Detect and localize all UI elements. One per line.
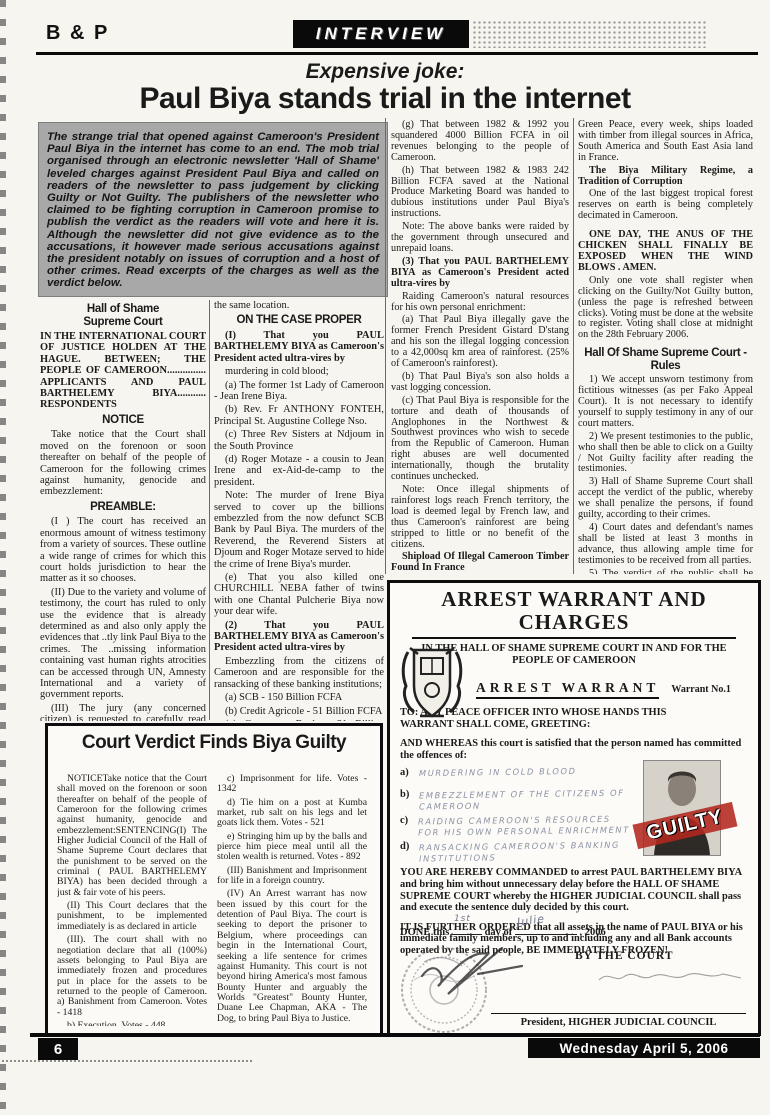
shout-paragraph: ONE DAY, THE ANUS OF THE CHICKEN SHALL F… <box>578 230 753 274</box>
body-paragraph: (b) Rev. Fr ANTHONY FONTEH, Principal St… <box>214 404 384 427</box>
body-paragraph: 1) We accept unsworn testimony from fict… <box>578 375 753 430</box>
body-paragraph: (a) SCB - 150 Billion FCFA <box>214 692 384 703</box>
body-paragraph: Note: The murder of Irene Biya served to… <box>214 490 384 570</box>
scan-edge-artifact <box>0 0 6 1115</box>
warrant-title-line2: CHARGES <box>390 611 758 634</box>
handwritten-month: Julie <box>516 912 546 929</box>
body-paragraph: c) Imprisonment for life. Votes - 1342 <box>217 774 367 795</box>
coat-of-arms-icon <box>400 646 464 722</box>
offence-label: a) <box>400 767 409 784</box>
body-paragraph: murdering in cold blood; <box>214 366 384 377</box>
body-paragraph: Take notice that the Court shall moved o… <box>40 429 206 497</box>
body-paragraph: 2) We present testimonies to the public,… <box>578 432 753 476</box>
handwritten-day: 1st <box>454 914 471 924</box>
case-proper-heading: ON THE CASE PROPER <box>214 314 384 327</box>
body-paragraph: 4) Court dates and defendant's names sha… <box>578 523 753 567</box>
body-paragraph: (a) That Paul Biya illegally gave the fo… <box>391 315 569 370</box>
body-paragraph: Note: Once illegal shipments of rainfore… <box>391 485 569 550</box>
body-paragraph: (c) Three Rev Sisters at Ndjoum in the S… <box>214 429 384 452</box>
warrant-heading-row: ARREST WARRANT Warrant No.1 <box>476 680 746 699</box>
offence-label: d) <box>400 841 409 862</box>
handwritten-offence: Ransacking Cameroon's banking institutio… <box>419 840 634 864</box>
body-paragraph: (IV) An Arrest warrant has now been issu… <box>217 889 367 1023</box>
body-paragraph: (b) Credit Agricole - 51 Billion FCFA <box>214 706 384 717</box>
president-line: President, HIGHER JUDICIAL COUNCIL <box>491 1013 746 1028</box>
body-paragraph: e) Stringing him up by the balls and pie… <box>217 832 367 863</box>
body-paragraph: d) Tie him on a post at Kumba market, ru… <box>217 798 367 829</box>
body-paragraph: (3) That you PAUL BARTHELEMY BIYA as Cam… <box>391 257 569 290</box>
column-divider <box>573 118 574 574</box>
verdict-box: Court Verdict Finds Biya Guilty NOTICETa… <box>45 723 383 1036</box>
section-banner-label: INTERVIEW <box>316 24 446 44</box>
body-paragraph: 5) The verdict of the public shall be fi… <box>578 569 753 574</box>
body-paragraph: the same location. <box>214 300 384 311</box>
warrant-title-line1: ARREST WARRANT AND <box>390 588 758 611</box>
section-banner: INTERVIEW <box>293 20 469 48</box>
offence-label: c) <box>400 815 408 836</box>
notice-heading: NOTICE <box>40 414 206 427</box>
body-paragraph: Only one vote shall register when clicki… <box>578 276 753 341</box>
body-paragraph: (d) Roger Motaze - a cousin to Jean Iren… <box>214 454 384 488</box>
verdict-left-column: NOTICETake notice that the Court shall m… <box>57 774 207 1026</box>
body-paragraph: (a) The former 1st Lady of Cameroon - Je… <box>214 380 384 403</box>
body-paragraph: (I ) The court has received an enormous … <box>40 516 206 584</box>
body-paragraph: b) Execution. Votes - 448 <box>57 1021 207 1026</box>
handwritten-offence: Embezzlement of the citizens of Cameroon <box>419 788 634 812</box>
body-paragraph: (b) That Paul Biya's son also holds a va… <box>391 372 569 394</box>
body-paragraph: (III). The court shall with no negotiati… <box>57 935 207 1018</box>
verdict-right-column: c) Imprisonment for life. Votes - 1342 d… <box>217 774 367 1026</box>
body-paragraph: (2) That you PAUL BARTHELEMY BIYA as Cam… <box>214 620 384 654</box>
body-paragraph: (h) That between 1982 & 1983 242 Billion… <box>391 166 569 221</box>
newspaper-page: B & P INTERVIEW Expensive joke: Paul Biy… <box>0 0 770 1115</box>
handwritten-offence: Murdering in cold blood <box>419 766 577 785</box>
body-paragraph: (I) That you PAUL BARTHELEMY BIYA as Cam… <box>214 330 384 364</box>
footer-rule <box>30 1033 760 1037</box>
body-paragraph: Note: The above banks were raided by the… <box>391 222 569 255</box>
body-paragraph: (g) That between 1982 & 1992 you squande… <box>391 120 569 164</box>
president-signature-icon <box>595 968 745 986</box>
warrant-commanded-paragraph: YOU ARE HEREBY COMMANDED to arrest PAUL … <box>400 867 748 913</box>
body-column-2: the same location. ON THE CASE PROPER (I… <box>214 300 384 721</box>
subheading: Shipload Of Illegal Cameroon Timber Foun… <box>391 552 569 574</box>
column-divider <box>209 300 210 720</box>
done-mid: day of <box>485 927 513 938</box>
arrest-warrant-heading: ARREST WARRANT <box>476 680 659 699</box>
case-caption: IN THE INTERNATIONAL COURT OF JUSTICE HO… <box>40 331 206 411</box>
day-blank: 1st <box>452 924 482 935</box>
arrest-warrant-box: ARREST WARRANT AND CHARGES IN THE HALL O… <box>387 580 761 1036</box>
body-paragraph: NOTICETake notice that the Court shall m… <box>57 774 207 898</box>
title-underline <box>412 637 736 639</box>
body-paragraph: (III) Banishment and Imprisonment for li… <box>217 866 367 887</box>
halftone-pattern <box>472 20 707 48</box>
rules-heading: Hall Of Shame Supreme Court - Rules <box>578 347 753 372</box>
page-title: Paul Biya stands trial in the internet <box>0 82 770 116</box>
scan-speckle-artifact <box>2 1060 252 1062</box>
offence-label: b) <box>400 789 409 810</box>
body-paragraph: 3) Hall of Shame Supreme Court shall acc… <box>578 477 753 521</box>
body-paragraph: (c) That Paul Biya is responsible for th… <box>391 396 569 483</box>
body-paragraph: One of the last biggest tropical forest … <box>578 189 753 222</box>
subheading: The Biya Military Regime, a Tradition of… <box>578 166 753 188</box>
header-rule <box>36 52 758 55</box>
body-column-1: Hall of Shame Supreme Court IN THE INTER… <box>40 300 206 721</box>
biya-portrait-photo: GUILTY <box>643 760 721 856</box>
body-paragraph: (II) This Court declares that the punish… <box>57 901 207 932</box>
arrest-warrant-content: ARREST WARRANT AND CHARGES IN THE HALL O… <box>390 588 758 1036</box>
done-line: DONE this 1st day of Julie , 2006 <box>400 924 606 938</box>
body-paragraph: (II) Due to the variety and volume of te… <box>40 587 206 701</box>
done-suffix: , 2006 <box>580 927 606 938</box>
date-badge: Wednesday April 5, 2006 <box>528 1038 760 1058</box>
body-paragraph: Raiding Cameroon's natural resources for… <box>391 292 569 314</box>
body-paragraph: Green Peace, every week, ships loaded wi… <box>578 120 753 164</box>
handwritten-offence: Raiding Cameroon's resources for his own… <box>418 814 633 838</box>
body-paragraph: Embezzling from the citizens of Cameroon… <box>214 656 384 690</box>
intro-box: The strange trial that opened against Ca… <box>38 122 388 297</box>
body-paragraph: (III) The jury (any concerned citizen) i… <box>40 703 206 721</box>
column-divider <box>385 118 386 574</box>
month-blank: Julie <box>515 924 577 935</box>
kicker: Expensive joke: <box>0 60 770 84</box>
body-column-4: Green Peace, every week, ships loaded wi… <box>578 120 753 574</box>
body-column-3: (g) That between 1982 & 1992 you squande… <box>391 120 569 574</box>
done-prefix: DONE this <box>400 927 449 938</box>
warrant-number: Warrant No.1 <box>671 684 730 695</box>
preamble-heading: PREAMBLE: <box>40 501 206 514</box>
by-the-court-label: BY THE COURT <box>575 950 674 962</box>
signature-icon <box>418 946 538 1002</box>
page-number: 6 <box>38 1038 78 1060</box>
body-paragraph: (e) That you also killed one CHURCHILL N… <box>214 572 384 618</box>
verdict-title: Court Verdict Finds Biya Guilty <box>52 732 376 754</box>
masthead: B & P <box>46 22 109 45</box>
body-paragraph: (c) Cameroon Bank - 31 Billion FCFA <box>214 719 384 721</box>
warrant-whereas-line: AND WHEREAS this court is satisfied that… <box>400 738 748 761</box>
court-name-heading: Hall of Shame Supreme Court <box>40 303 206 328</box>
